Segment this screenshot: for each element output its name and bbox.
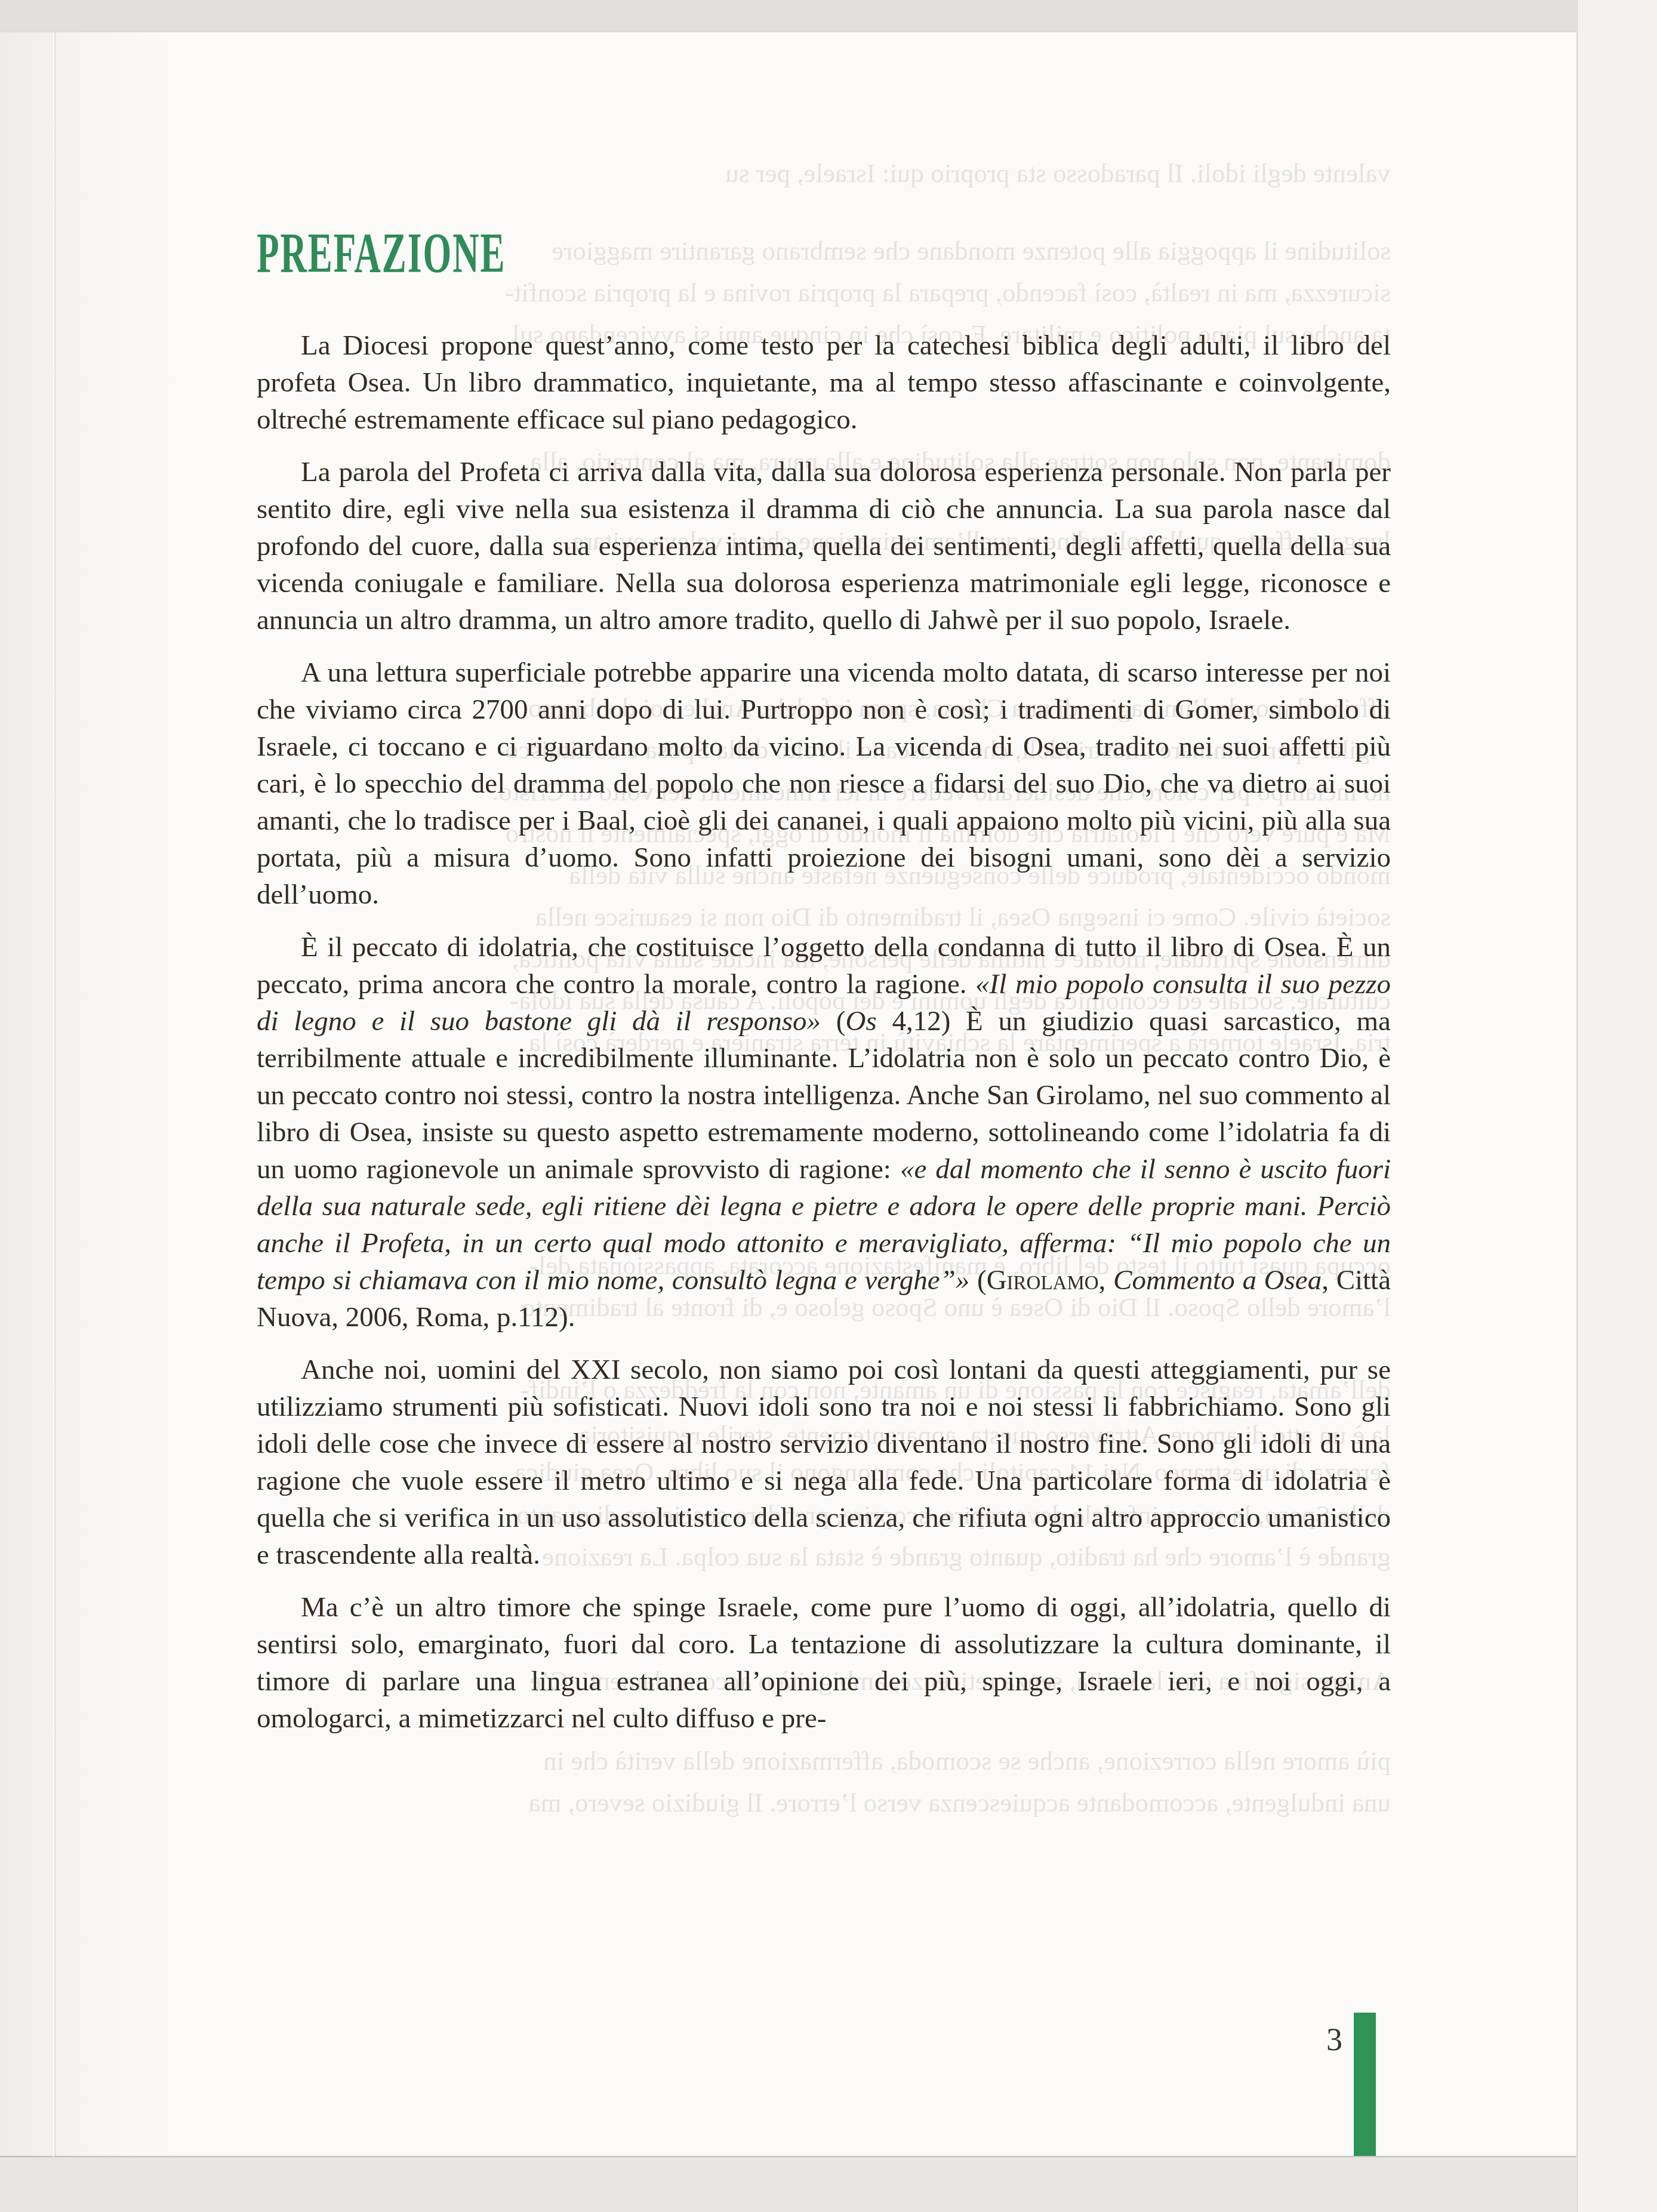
text-run: Os xyxy=(845,1006,876,1037)
page-title: PREFAZIONE xyxy=(257,224,506,282)
paragraph: Anche noi, uomini del XXI secolo, non si… xyxy=(257,1351,1391,1573)
text-run: Ma c’è un altro timore che spinge Israel… xyxy=(257,1592,1391,1734)
bleed-through-text: una indulgente, accomodante acquiescenza… xyxy=(257,1786,1391,1819)
paragraph: È il peccato di idolatria, che costituis… xyxy=(257,929,1391,1336)
binding-shadow xyxy=(0,32,179,2157)
paragraph: La parola del Profeta ci arriva dalla vi… xyxy=(257,454,1391,639)
text-run: Girolamo xyxy=(987,1265,1099,1296)
green-accent-bar xyxy=(1354,2013,1376,2156)
page-number: 3 xyxy=(1326,2023,1342,2056)
text-run: La Diocesi propone quest’anno, come test… xyxy=(257,330,1391,435)
text-run: ( xyxy=(821,1006,845,1037)
scanned-book-page: valente degli idoli. Il paradosso sta pr… xyxy=(0,0,1657,2212)
paragraph: Ma c’è un altro timore che spinge Israel… xyxy=(257,1589,1391,1737)
body-text: La Diocesi propone quest’anno, come test… xyxy=(257,327,1391,1752)
paper-crease xyxy=(53,32,56,2157)
text-run: A una lettura superficiale potrebbe appa… xyxy=(257,657,1391,910)
paragraph: A una lettura superficiale potrebbe appa… xyxy=(257,654,1391,913)
page-edge xyxy=(1577,0,1657,2212)
text-run: Anche noi, uomini del XXI secolo, non si… xyxy=(257,1354,1391,1570)
text-run: Commento a Osea xyxy=(1113,1265,1322,1296)
bleed-through-text: valente degli idoli. Il paradosso sta pr… xyxy=(257,156,1391,190)
text-run: ( xyxy=(969,1265,986,1296)
text-run: , xyxy=(1099,1265,1113,1296)
paragraph: La Diocesi propone quest’anno, come test… xyxy=(257,327,1391,438)
text-run: La parola del Profeta ci arriva dalla vi… xyxy=(257,457,1391,636)
